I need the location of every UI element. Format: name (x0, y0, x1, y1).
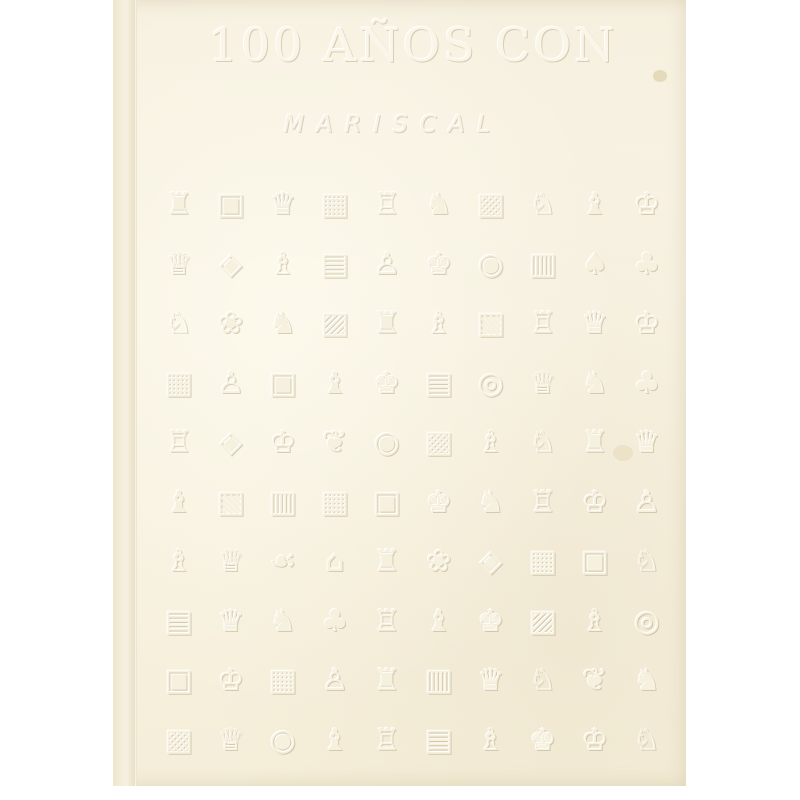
embossed-hallmark-grid: ♜▣♛▦♖♞▩♘♝♔♕◈♗▤♙♚◉▥♠♣♘❀♞▨♜♗▧♖♛♔▦♙▣♝♚▤◎♕♞♣… (153, 175, 673, 770)
book-spine (113, 0, 135, 786)
hallmark-icon: ◉ (465, 235, 517, 295)
hallmark-icon: ♕ (205, 532, 257, 592)
hallmark-icon: ♣ (309, 592, 361, 652)
hallmark-icon: ▨ (309, 294, 361, 354)
hallmark-icon: ♜ (361, 651, 413, 711)
hallmark-icon: ♞ (257, 592, 309, 652)
hallmark-icon: ♛ (621, 413, 673, 473)
hallmark-icon: ♣ (621, 235, 673, 295)
hallmark-icon: ♞ (569, 354, 621, 414)
hallmark-icon: ❦ (309, 413, 361, 473)
hallmark-icon: ♙ (309, 651, 361, 711)
hallmark-icon: ▦ (257, 651, 309, 711)
spine-fold (134, 0, 137, 786)
hallmark-icon: ♚ (413, 235, 465, 295)
hallmark-icon: ♖ (361, 711, 413, 771)
hallmark-icon: ▧ (205, 473, 257, 533)
hallmark-icon: ♛ (465, 651, 517, 711)
hallmark-icon: ♕ (517, 354, 569, 414)
hallmark-icon: ♞ (413, 175, 465, 235)
hallmark-icon: ♠ (569, 235, 621, 295)
hallmark-icon: ♖ (517, 473, 569, 533)
hallmark-icon: ▧ (465, 294, 517, 354)
hallmark-icon: ▦ (153, 354, 205, 414)
hallmark-icon: ▣ (205, 175, 257, 235)
stain (653, 70, 667, 82)
hallmark-icon: ▩ (413, 413, 465, 473)
hallmark-icon: ♘ (621, 711, 673, 771)
hallmark-icon: ♣ (621, 354, 673, 414)
hallmark-icon: ♜ (153, 175, 205, 235)
hallmark-icon: ▤ (413, 711, 465, 771)
hallmark-icon: ♞ (621, 651, 673, 711)
hallmark-icon: ♙ (205, 354, 257, 414)
hallmark-icon: ♖ (153, 413, 205, 473)
hallmark-icon: ❀ (205, 294, 257, 354)
hallmark-icon: ▥ (257, 473, 309, 533)
hallmark-icon: ♚ (361, 354, 413, 414)
hallmark-icon: ◎ (621, 592, 673, 652)
hallmark-icon: ❀ (413, 532, 465, 592)
stain (613, 445, 633, 461)
hallmark-icon: ♘ (517, 413, 569, 473)
hallmark-icon: ♚ (517, 711, 569, 771)
cover-title: 100 AÑOS CON (143, 18, 683, 72)
hallmark-icon: ▤ (153, 592, 205, 652)
hallmark-icon: ☙ (257, 532, 309, 592)
hallmark-icon: ♔ (257, 413, 309, 473)
hallmark-icon: ♝ (569, 175, 621, 235)
hallmark-icon: ▦ (309, 473, 361, 533)
hallmark-icon: ♖ (517, 294, 569, 354)
hallmark-icon: ♘ (517, 175, 569, 235)
hallmark-icon: ▦ (309, 175, 361, 235)
book-cover: 100 AÑOS CON MARISCAL ♜▣♛▦♖♞▩♘♝♔♕◈♗▤♙♚◉▥… (113, 0, 686, 786)
hallmark-icon: ▥ (413, 651, 465, 711)
hallmark-icon: ▨ (517, 592, 569, 652)
hallmark-icon: ♔ (569, 473, 621, 533)
hallmark-icon: ♚ (465, 592, 517, 652)
hallmark-icon: ♘ (621, 532, 673, 592)
hallmark-icon: ▣ (361, 473, 413, 533)
hallmark-icon: ▩ (153, 711, 205, 771)
hallmark-icon: ♛ (257, 175, 309, 235)
hallmark-icon: ♕ (205, 711, 257, 771)
hallmark-icon: ▩ (465, 175, 517, 235)
hallmark-icon: ♝ (413, 592, 465, 652)
hallmark-icon: ♝ (309, 354, 361, 414)
hallmark-icon: ◎ (465, 354, 517, 414)
hallmark-icon: ♔ (205, 651, 257, 711)
hallmark-icon: ♖ (361, 592, 413, 652)
hallmark-icon: ❦ (569, 651, 621, 711)
hallmark-icon: ▣ (257, 354, 309, 414)
hallmark-icon: ♕ (153, 235, 205, 295)
hallmark-icon: ♗ (153, 532, 205, 592)
hallmark-icon: ▦ (517, 532, 569, 592)
hallmark-icon: ♗ (413, 294, 465, 354)
hallmark-icon: ▤ (413, 354, 465, 414)
hallmark-icon: ♗ (569, 592, 621, 652)
hallmark-icon: ♔ (569, 711, 621, 771)
hallmark-icon: ▣ (153, 651, 205, 711)
hallmark-icon: ◈ (465, 532, 517, 592)
hallmark-icon: ♙ (621, 473, 673, 533)
hallmark-icon: ♝ (153, 473, 205, 533)
hallmark-icon: ♗ (257, 235, 309, 295)
hallmark-icon: ♛ (205, 592, 257, 652)
hallmark-icon: ♚ (413, 473, 465, 533)
hallmark-icon: ◈ (205, 235, 257, 295)
hallmark-icon: ♝ (309, 711, 361, 771)
hallmark-icon: ♜ (361, 294, 413, 354)
hallmark-icon: ♗ (465, 413, 517, 473)
hallmark-icon: ♞ (257, 294, 309, 354)
hallmark-icon: ♖ (361, 175, 413, 235)
hallmark-icon: ▣ (569, 532, 621, 592)
hallmark-icon: ◉ (361, 413, 413, 473)
hallmark-icon: ♜ (569, 413, 621, 473)
hallmark-icon: ♘ (517, 651, 569, 711)
cover-subtitle: MARISCAL (243, 110, 543, 138)
hallmark-icon: ▤ (309, 235, 361, 295)
hallmark-icon: ♞ (465, 473, 517, 533)
hallmark-icon: ♔ (621, 294, 673, 354)
hallmark-icon: ♘ (153, 294, 205, 354)
hallmark-icon: ⌂ (309, 532, 361, 592)
hallmark-icon: ♔ (621, 175, 673, 235)
hallmark-icon: ◈ (205, 413, 257, 473)
hallmark-icon: ▥ (517, 235, 569, 295)
hallmark-icon: ♛ (569, 294, 621, 354)
hallmark-icon: ◉ (257, 711, 309, 771)
hallmark-icon: ♙ (361, 235, 413, 295)
hallmark-icon: ♜ (361, 532, 413, 592)
hallmark-icon: ♗ (465, 711, 517, 771)
